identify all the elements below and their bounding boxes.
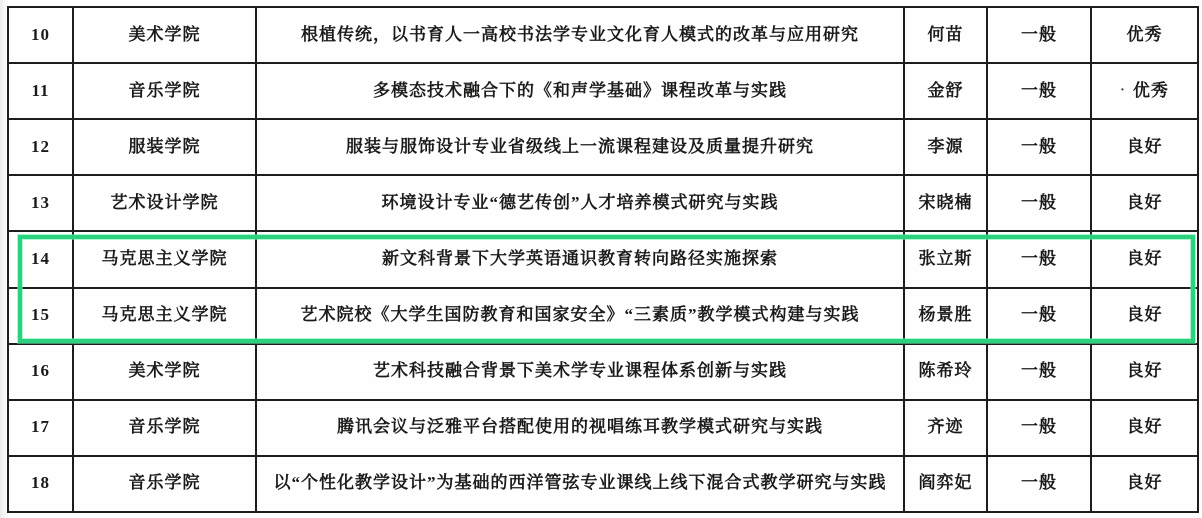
document-table: 10 美术学院 根植传统，以书育人一高校书法学专业文化育人模式的改革与应用研究 … [7, 6, 1199, 513]
cell-college: 马克思主义学院 [73, 231, 256, 287]
table-row: 17 音乐学院 腾讯会议与泛雅平台搭配使用的视唱练耳教学模式研究与实践 齐迹 一… [8, 400, 1198, 456]
cell-rating: 优秀 [1091, 7, 1198, 63]
cell-category: 一般 [987, 7, 1091, 63]
cell-category: 一般 [987, 344, 1091, 400]
table-row: 12 服装学院 服装与服饰设计专业省级线上一流课程建设及质量提升研究 李源 一般… [8, 119, 1198, 175]
table-row: 16 美术学院 艺术科技融合背景下美术学专业课程体系创新与实践 陈希玲 一般 良… [8, 344, 1198, 400]
cell-college: 美术学院 [73, 344, 256, 400]
cell-project-title: 新文科背景下大学英语通识教育转向路径实施探索 [256, 231, 904, 287]
cell-leader-name: 何苗 [904, 7, 987, 63]
cell-leader-name: 金舒 [904, 63, 987, 119]
cell-category: 一般 [987, 456, 1091, 512]
cell-rating: 良好 [1091, 175, 1198, 231]
cell-rating: 良好 [1091, 456, 1198, 512]
table-row: 13 艺术设计学院 环境设计专业“德艺传创”人才培养模式研究与实践 宋晓楠 一般… [8, 175, 1198, 231]
cell-rating: 良好 [1091, 344, 1198, 400]
cell-leader-name: 齐迹 [904, 400, 987, 456]
cell-category: 一般 [987, 400, 1091, 456]
cell-row-number: 10 [8, 7, 73, 63]
cell-leader-name: 李源 [904, 119, 987, 175]
cell-college: 音乐学院 [73, 456, 256, 512]
cell-college: 音乐学院 [73, 63, 256, 119]
cell-row-number: 17 [8, 400, 73, 456]
cell-project-title: 根植传统，以书育人一高校书法学专业文化育人模式的改革与应用研究 [256, 7, 904, 63]
cell-college: 美术学院 [73, 7, 256, 63]
cell-project-title: 多模态技术融合下的《和声学基础》课程改革与实践 [256, 63, 904, 119]
cell-college: 艺术设计学院 [73, 175, 256, 231]
cell-rating: 良好 [1091, 231, 1198, 287]
cell-rating: 良好 [1091, 119, 1198, 175]
cell-leader-name: 杨景胜 [904, 288, 987, 344]
cell-row-number: 12 [8, 119, 73, 175]
cell-category: 一般 [987, 175, 1091, 231]
cell-project-title: 腾讯会议与泛雅平台搭配使用的视唱练耳教学模式研究与实践 [256, 400, 904, 456]
cell-project-title: 艺术院校《大学生国防教育和国家安全》“三素质”教学模式构建与实践 [256, 288, 904, 344]
cell-row-number: 16 [8, 344, 73, 400]
cell-college: 服装学院 [73, 119, 256, 175]
cell-college: 马克思主义学院 [73, 288, 256, 344]
cell-leader-name: 陈希玲 [904, 344, 987, 400]
cell-project-title: 以“个性化教学设计”为基础的西洋管弦专业课线上线下混合式教学研究与实践 [256, 456, 904, 512]
cell-college: 音乐学院 [73, 400, 256, 456]
table-row: 10 美术学院 根植传统，以书育人一高校书法学专业文化育人模式的改革与应用研究 … [8, 7, 1198, 63]
cell-project-title: 艺术科技融合背景下美术学专业课程体系创新与实践 [256, 344, 904, 400]
table-row: 18 音乐学院 以“个性化教学设计”为基础的西洋管弦专业课线上线下混合式教学研究… [8, 456, 1198, 512]
cell-rating: ·优秀 [1091, 63, 1198, 119]
table-row: 14 马克思主义学院 新文科背景下大学英语通识教育转向路径实施探索 张立斯 一般… [8, 231, 1198, 287]
cell-leader-name: 宋晓楠 [904, 175, 987, 231]
cell-row-number: 11 [8, 63, 73, 119]
table-row: 11 音乐学院 多模态技术融合下的《和声学基础》课程改革与实践 金舒 一般 ·优… [8, 63, 1198, 119]
scan-artifact-dot: · [1120, 82, 1126, 101]
cell-category: 一般 [987, 288, 1091, 344]
table-body: 10 美术学院 根植传统，以书育人一高校书法学专业文化育人模式的改革与应用研究 … [8, 7, 1198, 512]
cell-project-title: 服装与服饰设计专业省级线上一流课程建设及质量提升研究 [256, 119, 904, 175]
cell-leader-name: 张立斯 [904, 231, 987, 287]
cell-rating: 良好 [1091, 288, 1198, 344]
cell-row-number: 15 [8, 288, 73, 344]
cell-category: 一般 [987, 231, 1091, 287]
cell-row-number: 14 [8, 231, 73, 287]
cell-rating: 良好 [1091, 400, 1198, 456]
scanned-document-page: 10 美术学院 根植传统，以书育人一高校书法学专业文化育人模式的改革与应用研究 … [0, 0, 1202, 518]
cell-project-title: 环境设计专业“德艺传创”人才培养模式研究与实践 [256, 175, 904, 231]
cell-row-number: 13 [8, 175, 73, 231]
cell-category: 一般 [987, 119, 1091, 175]
cell-leader-name: 阎弈妃 [904, 456, 987, 512]
cell-category: 一般 [987, 63, 1091, 119]
table-row: 15 马克思主义学院 艺术院校《大学生国防教育和国家安全》“三素质”教学模式构建… [8, 288, 1198, 344]
cell-row-number: 18 [8, 456, 73, 512]
